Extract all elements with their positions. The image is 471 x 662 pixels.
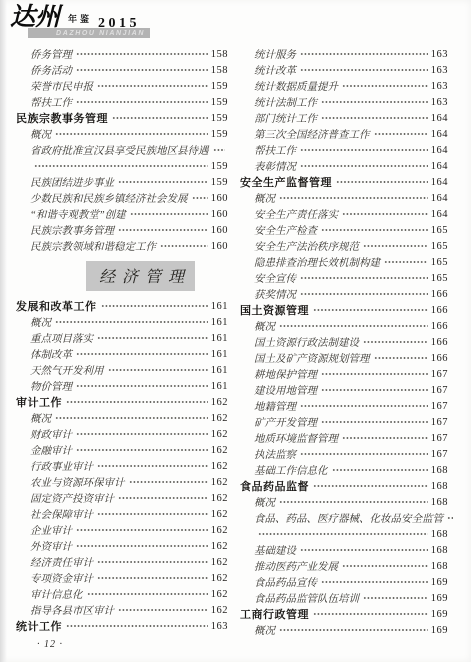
dot-leader [130, 206, 208, 222]
entry-label: 推动医药产业发展 [254, 559, 338, 574]
page-number: 164 [431, 113, 448, 124]
entry-label: 国土资源行政法制建设 [254, 335, 359, 350]
entry-label: 概况 [30, 127, 51, 142]
toc-entry-row: 国土及矿产资源规划管理166 [240, 350, 448, 366]
toc-entry-row: 安全生产责任落实164 [240, 206, 448, 222]
dot-leader [76, 522, 208, 538]
toc-entry-row: 概况161 [16, 314, 228, 330]
toc-heading-row: 民族宗教事务管理159 [16, 110, 228, 126]
dot-leader [97, 570, 208, 586]
dot-leader [76, 94, 208, 110]
toc-entry-row: 概况162 [16, 410, 228, 426]
entry-label: 统计工作 [16, 618, 62, 634]
entry-label: 第三次全国经济普查工作 [254, 127, 370, 142]
toc-heading-row: 发展和改革工作161 [16, 298, 228, 314]
entry-label: 概况 [254, 623, 275, 638]
dot-leader [76, 426, 208, 442]
page-number: 166 [431, 289, 448, 300]
entry-label: 统计改革 [254, 63, 296, 78]
toc-heading-row: 审计工作162 [16, 394, 228, 410]
page-number: 169 [431, 625, 448, 636]
entry-label: 安全生产监督管理 [240, 174, 332, 190]
dot-leader [279, 190, 428, 206]
entry-label: 民族宗教领域和谐稳定工作 [30, 239, 156, 254]
entry-label: 矿产开发管理 [254, 415, 317, 430]
entry-label: 建设用地管理 [254, 383, 317, 398]
dot-leader [97, 458, 208, 474]
dot-leader [76, 62, 208, 78]
entry-label: 经济责任审计 [30, 555, 93, 570]
page-number: 166 [431, 353, 448, 364]
page-number: 161 [211, 317, 228, 328]
toc-entry-row: 统计改革163 [240, 62, 448, 78]
toc-entry-row: 168 [240, 526, 448, 542]
toc-entry-row: 地质环境监督管理167 [240, 430, 448, 446]
dot-leader [342, 430, 428, 446]
entry-label: 重点项目落实 [30, 331, 93, 346]
toc-entry-row: 帮扶工作159 [16, 94, 228, 110]
entry-label: 概况 [254, 319, 275, 334]
page-number: 159 [211, 81, 228, 92]
dot-leader [76, 538, 208, 554]
page-number: 167 [431, 417, 448, 428]
toc-entry-row: 少数民族和民族乡镇经济社会发展160 [16, 190, 228, 206]
toc-entry-row: 外资审计162 [16, 538, 228, 554]
toc-heading-row: 统计工作163 [16, 618, 228, 634]
dot-leader [374, 126, 428, 142]
dot-leader [384, 254, 428, 270]
logo-subtitle: 年鉴 [68, 12, 92, 25]
entry-label: 概况 [254, 191, 275, 206]
dot-leader [300, 446, 428, 462]
toc-entry-row: 基础建设168 [240, 542, 448, 558]
page-number: 168 [431, 465, 448, 476]
toc-entry-row: 安全生产检查165 [240, 222, 448, 238]
dot-leader [160, 238, 208, 254]
toc-entry-row: 天然气开发利用161 [16, 362, 228, 378]
toc-entry-row: 隐患排查治理长效机制构建165 [240, 254, 448, 270]
toc-entry-row: 固定资产投资审计162 [16, 490, 228, 506]
toc-entry-row: 专项资金审计162 [16, 570, 228, 586]
entry-label: 物价管理 [30, 379, 72, 394]
dot-leader [363, 334, 428, 350]
entry-label: 民族团结进步事业 [30, 175, 114, 190]
toc-entry-row: 统计法制工作163 [240, 94, 448, 110]
toc-heading-row: 食品药品监督168 [240, 478, 448, 494]
toc-entry-row: 概况159 [16, 126, 228, 142]
entry-label: 食品、药品、医疗器械、化妆品安全监管 [254, 511, 443, 526]
entry-label: 指导各县市区审计 [30, 603, 114, 618]
toc-entry-row: 经济责任审计162 [16, 554, 228, 570]
page-number: 159 [211, 129, 228, 140]
toc-entry-row: 社会保障审计162 [16, 506, 228, 522]
page-number: 160 [211, 241, 228, 252]
page-number: 161 [211, 301, 228, 312]
toc-entry-row: 民族宗教事务管理160 [16, 222, 228, 238]
dot-leader [118, 222, 208, 238]
entry-label: 国土资源管理 [240, 302, 309, 318]
dot-leader [97, 330, 208, 346]
dot-leader [55, 410, 208, 426]
page-number: 164 [431, 193, 448, 204]
toc-entry-row: 获奖情况166 [240, 286, 448, 302]
dot-leader [213, 142, 226, 158]
dot-leader [97, 78, 208, 94]
page-number: 164 [431, 177, 448, 188]
page-number: 162 [211, 413, 228, 424]
dot-leader [76, 346, 208, 362]
toc-entry-row: 执法监察167 [240, 446, 448, 462]
page-number: 165 [431, 273, 448, 284]
entry-label: 获奖情况 [254, 287, 296, 302]
page-number: 168 [431, 481, 448, 492]
dot-leader [300, 542, 428, 558]
page-number: 167 [431, 449, 448, 460]
dot-leader [97, 554, 208, 570]
entry-label: 金融审计 [30, 443, 72, 458]
dot-leader [76, 46, 208, 62]
dot-leader [279, 318, 428, 334]
dot-leader [66, 618, 208, 634]
dot-leader [363, 590, 428, 606]
page-number: 163 [431, 65, 448, 76]
entry-label: 执法监察 [254, 447, 296, 462]
toc-column-left: 侨务管理158侨务活动158荣誉市民申报159帮扶工作159民族宗教事务管理15… [16, 46, 228, 634]
dot-leader [300, 46, 428, 62]
page-number: 162 [211, 589, 228, 600]
entry-label: 审计工作 [16, 394, 62, 410]
dot-leader [374, 350, 428, 366]
entry-label: 部门统计工作 [254, 111, 317, 126]
dot-leader [300, 158, 428, 174]
toc-entry-row: “和谐寺观教堂”创建160 [16, 206, 228, 222]
page-number: 165 [431, 225, 448, 236]
dot-leader [321, 414, 428, 430]
toc-entry-row: 财政审计162 [16, 426, 228, 442]
folio-page-number: · 12 · [37, 639, 63, 650]
dot-leader [279, 494, 428, 510]
toc-entry-row: 企业审计162 [16, 522, 228, 538]
entry-label: 地质环境监督管理 [254, 431, 338, 446]
toc-entry-row: 体制改革161 [16, 346, 228, 362]
toc-entry-row: 侨务活动158 [16, 62, 228, 78]
toc-entry-row: 推动医药产业发展168 [240, 558, 448, 574]
dot-leader [321, 94, 428, 110]
entry-label: 食品药品宣传 [254, 575, 317, 590]
page-number: 162 [211, 525, 228, 536]
dot-leader [279, 622, 428, 638]
entry-label: 食品药品监督 [240, 478, 309, 494]
page-number: 168 [431, 561, 448, 572]
dot-leader [336, 174, 428, 190]
dot-leader [108, 362, 208, 378]
section-banner-row: 经济管理 [16, 254, 228, 298]
page-number: 168 [431, 529, 448, 540]
page-number: 161 [211, 333, 228, 344]
toc-entry-row: 159 [16, 158, 228, 174]
entry-label: 表彰情况 [254, 159, 296, 174]
page-number: 162 [211, 477, 228, 488]
page-number: 166 [431, 321, 448, 332]
page-number: 167 [431, 369, 448, 380]
entry-label: 工商行政管理 [240, 606, 309, 622]
page-number: 165 [431, 257, 448, 268]
entry-label: 农业与资源环保审计 [30, 475, 125, 490]
dot-leader [447, 510, 453, 526]
page-number: 163 [431, 97, 448, 108]
dot-leader [258, 526, 428, 542]
dot-leader [76, 442, 208, 458]
page-number: 166 [431, 305, 448, 316]
entry-label: 地籍管理 [254, 399, 296, 414]
toc-entry-row: 指导各县市区审计162 [16, 602, 228, 618]
section-banner: 经济管理 [86, 261, 195, 291]
toc-heading-row: 工商行政管理169 [240, 606, 448, 622]
dot-leader [34, 158, 208, 174]
entry-label: 侨务管理 [30, 47, 72, 62]
entry-label: 企业审计 [30, 523, 72, 538]
dot-leader [313, 478, 428, 494]
logo-year: 2015 [98, 16, 140, 32]
entry-label: 侨务活动 [30, 63, 72, 78]
entry-label: 专项资金审计 [30, 571, 93, 586]
page-number: 162 [211, 509, 228, 520]
dot-leader [321, 366, 428, 382]
toc-entry-row: 部门统计工作164 [240, 110, 448, 126]
toc-entry-row: 耕地保护管理167 [240, 366, 448, 382]
page-number: 161 [211, 365, 228, 376]
page-number: 158 [211, 49, 228, 60]
page-number: 167 [431, 401, 448, 412]
page-number: 162 [211, 429, 228, 440]
yearbook-toc-page: DAZHOU NIANJIAN 达州 年鉴 2015 侨务管理158侨务活动15… [0, 0, 471, 662]
dot-leader [313, 606, 428, 622]
toc-entry-row: 基础工作信息化168 [240, 462, 448, 478]
toc-entry-row: 概况166 [240, 318, 448, 334]
toc-entry-row: 统计数据质量提升163 [240, 78, 448, 94]
page-number: 167 [431, 433, 448, 444]
dot-leader [97, 506, 208, 522]
toc-entry-row: 表彰情况164 [240, 158, 448, 174]
page-number: 158 [211, 65, 228, 76]
dot-leader [87, 586, 208, 602]
yearbook-logo: DAZHOU NIANJIAN 达州 年鉴 2015 [10, 5, 160, 41]
page-number: 159 [211, 177, 228, 188]
toc-heading-row: 安全生产监督管理164 [240, 174, 448, 190]
dot-leader [321, 222, 428, 238]
page-number: 169 [431, 609, 448, 620]
entry-label: 概况 [30, 411, 51, 426]
dot-leader [118, 602, 208, 618]
toc-entry-row: 统计服务163 [240, 46, 448, 62]
entry-label: “和谐寺观教堂”创建 [30, 207, 126, 222]
dot-leader [66, 394, 208, 410]
page-number: 162 [211, 605, 228, 616]
page-number: 168 [431, 497, 448, 508]
entry-label: 帮扶工作 [30, 95, 72, 110]
dot-leader [321, 382, 428, 398]
dot-leader [313, 302, 428, 318]
page-number: 165 [431, 241, 448, 252]
dot-leader [55, 126, 208, 142]
page-number: 160 [211, 225, 228, 236]
toc-entry-row: 矿产开发管理167 [240, 414, 448, 430]
logo-title: 达州 [10, 3, 60, 33]
dot-leader [55, 314, 208, 330]
toc-entry-row: 安全生产法治秩序规范165 [240, 238, 448, 254]
page-number: 164 [431, 129, 448, 140]
page-number: 160 [211, 209, 228, 220]
dot-leader [321, 574, 428, 590]
toc-entry-row: 民族团结进步事业159 [16, 174, 228, 190]
page-number: 168 [431, 545, 448, 556]
page-number: 162 [211, 573, 228, 584]
entry-label: 固定资产投资审计 [30, 491, 114, 506]
page-number: 162 [211, 445, 228, 456]
page-number: 159 [211, 113, 228, 124]
entry-label: 安全生产检查 [254, 223, 317, 238]
dot-leader [118, 174, 208, 190]
dot-leader [192, 190, 208, 206]
toc-entry-row: 食品药品宣传169 [240, 574, 448, 590]
page-number: 163 [211, 621, 228, 632]
toc-entry-row: 第三次全国经济普查工作164 [240, 126, 448, 142]
page-number: 162 [211, 461, 228, 472]
entry-label: 发展和改革工作 [16, 298, 97, 314]
page-number: 159 [211, 161, 228, 172]
entry-label: 概况 [30, 315, 51, 330]
page-number: 163 [431, 81, 448, 92]
entry-label: 耕地保护管理 [254, 367, 317, 382]
entry-label: 安全生产责任落实 [254, 207, 338, 222]
entry-label: 统计数据质量提升 [254, 79, 338, 94]
entry-label: 帮扶工作 [254, 143, 296, 158]
toc-entry-row: 帮扶工作164 [240, 142, 448, 158]
dot-leader [342, 558, 428, 574]
entry-label: 财政审计 [30, 427, 72, 442]
toc-entry-row: 概况164 [240, 190, 448, 206]
dot-leader [342, 78, 428, 94]
entry-label: 省政府批准宣汉县享受民族地区县待遇 [30, 143, 209, 158]
entry-label: 统计法制工作 [254, 95, 317, 110]
entry-label: 概况 [254, 495, 275, 510]
toc-entry-row: 荣誉市民申报159 [16, 78, 228, 94]
toc-entry-row: 金融审计162 [16, 442, 228, 458]
dot-leader [300, 398, 428, 414]
page-number: 161 [211, 381, 228, 392]
toc-entry-row: 概况168 [240, 494, 448, 510]
page-number: 166 [431, 337, 448, 348]
entry-label: 食品药品监管队伍培训 [254, 591, 359, 606]
page-number: 160 [211, 193, 228, 204]
entry-label: 审计信息化 [30, 587, 83, 602]
page-number: 162 [211, 557, 228, 568]
entry-label: 基础工作信息化 [254, 463, 328, 478]
toc-entry-row: 食品药品监管队伍培训169 [240, 590, 448, 606]
toc-entry-row: 行政事业审计162 [16, 458, 228, 474]
dot-leader [363, 238, 428, 254]
page-number: 162 [211, 397, 228, 408]
toc-entry-row: 重点项目落实161 [16, 330, 228, 346]
dot-leader [300, 270, 428, 286]
page-number: 161 [211, 349, 228, 360]
page-number: 164 [431, 209, 448, 220]
dot-leader [300, 142, 428, 158]
entry-label: 荣誉市民申报 [30, 79, 93, 94]
toc-entry-row: 审计信息化162 [16, 586, 228, 602]
toc-entry-row: 民族宗教领域和谐稳定工作160 [16, 238, 228, 254]
toc-heading-row: 国土资源管理166 [240, 302, 448, 318]
page-number: 164 [431, 145, 448, 156]
dot-leader [101, 298, 208, 314]
entry-label: 安全生产法治秩序规范 [254, 239, 359, 254]
toc-entry-row: 物价管理161 [16, 378, 228, 394]
entry-label: 统计服务 [254, 47, 296, 62]
dot-leader [332, 462, 428, 478]
toc-column-right: 统计服务163统计改革163统计数据质量提升163统计法制工作163部门统计工作… [240, 46, 448, 638]
dot-leader [129, 474, 208, 490]
dot-leader [112, 110, 208, 126]
entry-label: 少数民族和民族乡镇经济社会发展 [30, 191, 188, 206]
toc-entry-row: 国土资源行政法制建设166 [240, 334, 448, 350]
entry-label: 民族宗教事务管理 [30, 223, 114, 238]
toc-entry-row: 安全宣传165 [240, 270, 448, 286]
entry-label: 民族宗教事务管理 [16, 110, 108, 126]
dot-leader [300, 62, 428, 78]
toc-entry-row: 侨务管理158 [16, 46, 228, 62]
page-number: 169 [431, 577, 448, 588]
toc-entry-row: 地籍管理167 [240, 398, 448, 414]
page-number: 162 [211, 541, 228, 552]
page-number: 167 [431, 385, 448, 396]
entry-label: 体制改革 [30, 347, 72, 362]
entry-label: 天然气开发利用 [30, 363, 104, 378]
page-number: 159 [211, 97, 228, 108]
page-left-edge-shadow [0, 0, 7, 662]
dot-leader [321, 110, 428, 126]
entry-label: 隐患排查治理长效机制构建 [254, 255, 380, 270]
entry-label: 国土及矿产资源规划管理 [254, 351, 370, 366]
dot-leader [118, 490, 208, 506]
toc-entry-row: 食品、药品、医疗器械、化妆品安全监管 [240, 510, 448, 526]
entry-label: 社会保障审计 [30, 507, 93, 522]
dot-leader [76, 378, 208, 394]
dot-leader [342, 206, 428, 222]
toc-entry-row: 建设用地管理167 [240, 382, 448, 398]
page-number: 169 [431, 593, 448, 604]
dot-leader [300, 286, 428, 302]
toc-entry-row: 农业与资源环保审计162 [16, 474, 228, 490]
page-number: 164 [431, 161, 448, 172]
entry-label: 安全宣传 [254, 271, 296, 286]
page-number: 162 [211, 493, 228, 504]
entry-label: 行政事业审计 [30, 459, 93, 474]
toc-entry-row: 概况169 [240, 622, 448, 638]
toc-entry-row: 省政府批准宣汉县享受民族地区县待遇 [16, 142, 228, 158]
entry-label: 外资审计 [30, 539, 72, 554]
entry-label: 基础建设 [254, 543, 296, 558]
page-number: 163 [431, 49, 448, 60]
